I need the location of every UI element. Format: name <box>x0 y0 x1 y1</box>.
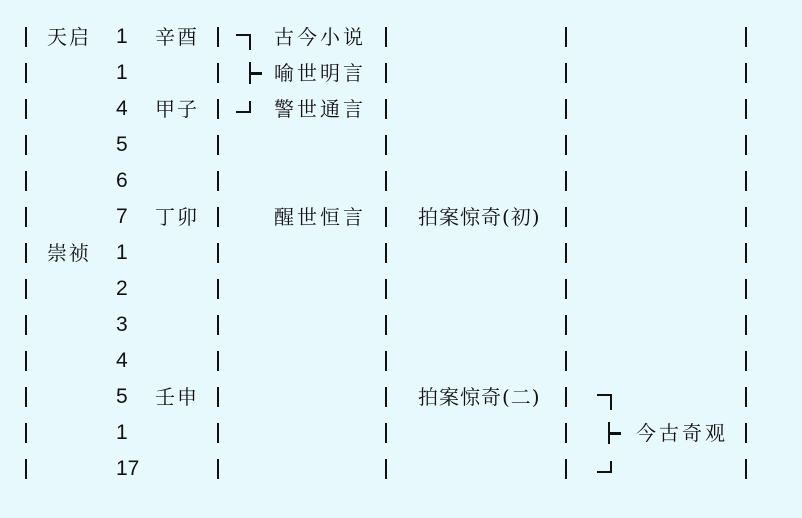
year-cell: 5 <box>116 127 128 163</box>
column-divider <box>745 63 747 83</box>
bracket-bottom-icon <box>597 461 612 473</box>
era-cell: 天启 <box>47 19 91 55</box>
column-divider <box>385 63 387 83</box>
ganzhi-cell: 辛酉 <box>155 19 199 55</box>
column-divider <box>25 135 27 155</box>
table-row: 4 <box>0 343 802 379</box>
column-divider <box>217 135 219 155</box>
column-divider <box>25 459 27 479</box>
column-divider <box>565 63 567 83</box>
year-cell: 3 <box>116 307 128 343</box>
column-divider <box>25 207 27 227</box>
table-row: 6 <box>0 163 802 199</box>
table-row: 7 丁卯 醒世恒言 拍案惊奇(初) <box>0 199 802 235</box>
column-divider <box>217 63 219 83</box>
column-divider <box>565 459 567 479</box>
column-divider <box>25 27 27 47</box>
year-cell: 17 <box>116 451 139 487</box>
column-divider <box>745 243 747 263</box>
column-divider <box>565 135 567 155</box>
ganzhi-cell: 丁卯 <box>155 199 199 235</box>
bracket-top-icon <box>236 34 251 50</box>
column-divider <box>565 243 567 263</box>
table-row: 17 <box>0 451 802 487</box>
year-cell: 1 <box>116 19 128 55</box>
column-divider <box>745 27 747 47</box>
column-divider <box>565 387 567 407</box>
table-row: 4 甲子 警世通言 <box>0 91 802 127</box>
title-cell: 醒世恒言 <box>274 199 366 235</box>
title-cell: 拍案惊奇(二) <box>418 379 541 415</box>
year-cell: 1 <box>116 415 128 451</box>
bracket-top-icon <box>597 394 612 410</box>
table-row: 5 <box>0 127 802 163</box>
column-divider <box>565 423 567 443</box>
column-divider <box>25 63 27 83</box>
column-divider <box>745 207 747 227</box>
column-divider <box>745 351 747 371</box>
column-divider <box>385 27 387 47</box>
table-row: 崇祯 1 <box>0 235 802 271</box>
year-cell: 6 <box>116 163 128 199</box>
column-divider <box>217 171 219 191</box>
column-divider <box>25 387 27 407</box>
column-divider <box>385 171 387 191</box>
bracket-middle-icon <box>249 62 251 84</box>
column-divider <box>565 99 567 119</box>
column-divider <box>217 351 219 371</box>
title-cell: 警世通言 <box>274 91 366 127</box>
column-divider <box>745 423 747 443</box>
year-cell: 7 <box>116 199 128 235</box>
column-divider <box>745 315 747 335</box>
ganzhi-cell: 甲子 <box>155 91 199 127</box>
column-divider <box>745 171 747 191</box>
column-divider <box>217 99 219 119</box>
table-row: 天启 1 辛酉 古今小说 <box>0 19 802 55</box>
column-divider <box>385 135 387 155</box>
column-divider <box>217 279 219 299</box>
column-divider <box>385 207 387 227</box>
ganzhi-cell: 壬申 <box>155 379 199 415</box>
column-divider <box>25 423 27 443</box>
year-cell: 2 <box>116 271 128 307</box>
title-cell: 喻世明言 <box>274 55 366 91</box>
column-divider <box>745 99 747 119</box>
column-divider <box>217 423 219 443</box>
year-cell: 4 <box>116 343 128 379</box>
column-divider <box>385 243 387 263</box>
table-row: 1 今古奇观 <box>0 415 802 451</box>
column-divider <box>25 351 27 371</box>
column-divider <box>217 387 219 407</box>
column-divider <box>217 459 219 479</box>
table-row: 3 <box>0 307 802 343</box>
column-divider <box>565 315 567 335</box>
title-cell: 拍案惊奇(初) <box>418 199 541 235</box>
column-divider <box>385 351 387 371</box>
table-row: 5 壬申 拍案惊奇(二) <box>0 379 802 415</box>
column-divider <box>565 27 567 47</box>
year-cell: 5 <box>116 379 128 415</box>
column-divider <box>565 279 567 299</box>
column-divider <box>25 279 27 299</box>
column-divider <box>385 279 387 299</box>
bracket-bottom-icon <box>236 101 251 113</box>
column-divider <box>745 459 747 479</box>
year-cell: 1 <box>116 235 128 271</box>
column-divider <box>385 99 387 119</box>
column-divider <box>217 243 219 263</box>
column-divider <box>385 423 387 443</box>
column-divider <box>25 171 27 191</box>
table-row: 2 <box>0 271 802 307</box>
column-divider <box>385 387 387 407</box>
column-divider <box>745 279 747 299</box>
year-cell: 4 <box>116 91 128 127</box>
title-cell: 古今小说 <box>274 19 366 55</box>
table-row: 1 喻世明言 <box>0 55 802 91</box>
column-divider <box>565 351 567 371</box>
column-divider <box>25 243 27 263</box>
title-cell: 今古奇观 <box>636 415 728 451</box>
bracket-middle-icon <box>608 422 610 444</box>
column-divider <box>217 27 219 47</box>
column-divider <box>385 459 387 479</box>
column-divider <box>565 207 567 227</box>
column-divider <box>217 207 219 227</box>
column-divider <box>217 315 219 335</box>
column-divider <box>565 171 567 191</box>
column-divider <box>745 387 747 407</box>
column-divider <box>25 99 27 119</box>
column-divider <box>385 315 387 335</box>
year-cell: 1 <box>116 55 128 91</box>
column-divider <box>745 135 747 155</box>
column-divider <box>25 315 27 335</box>
era-cell: 崇祯 <box>47 235 91 271</box>
